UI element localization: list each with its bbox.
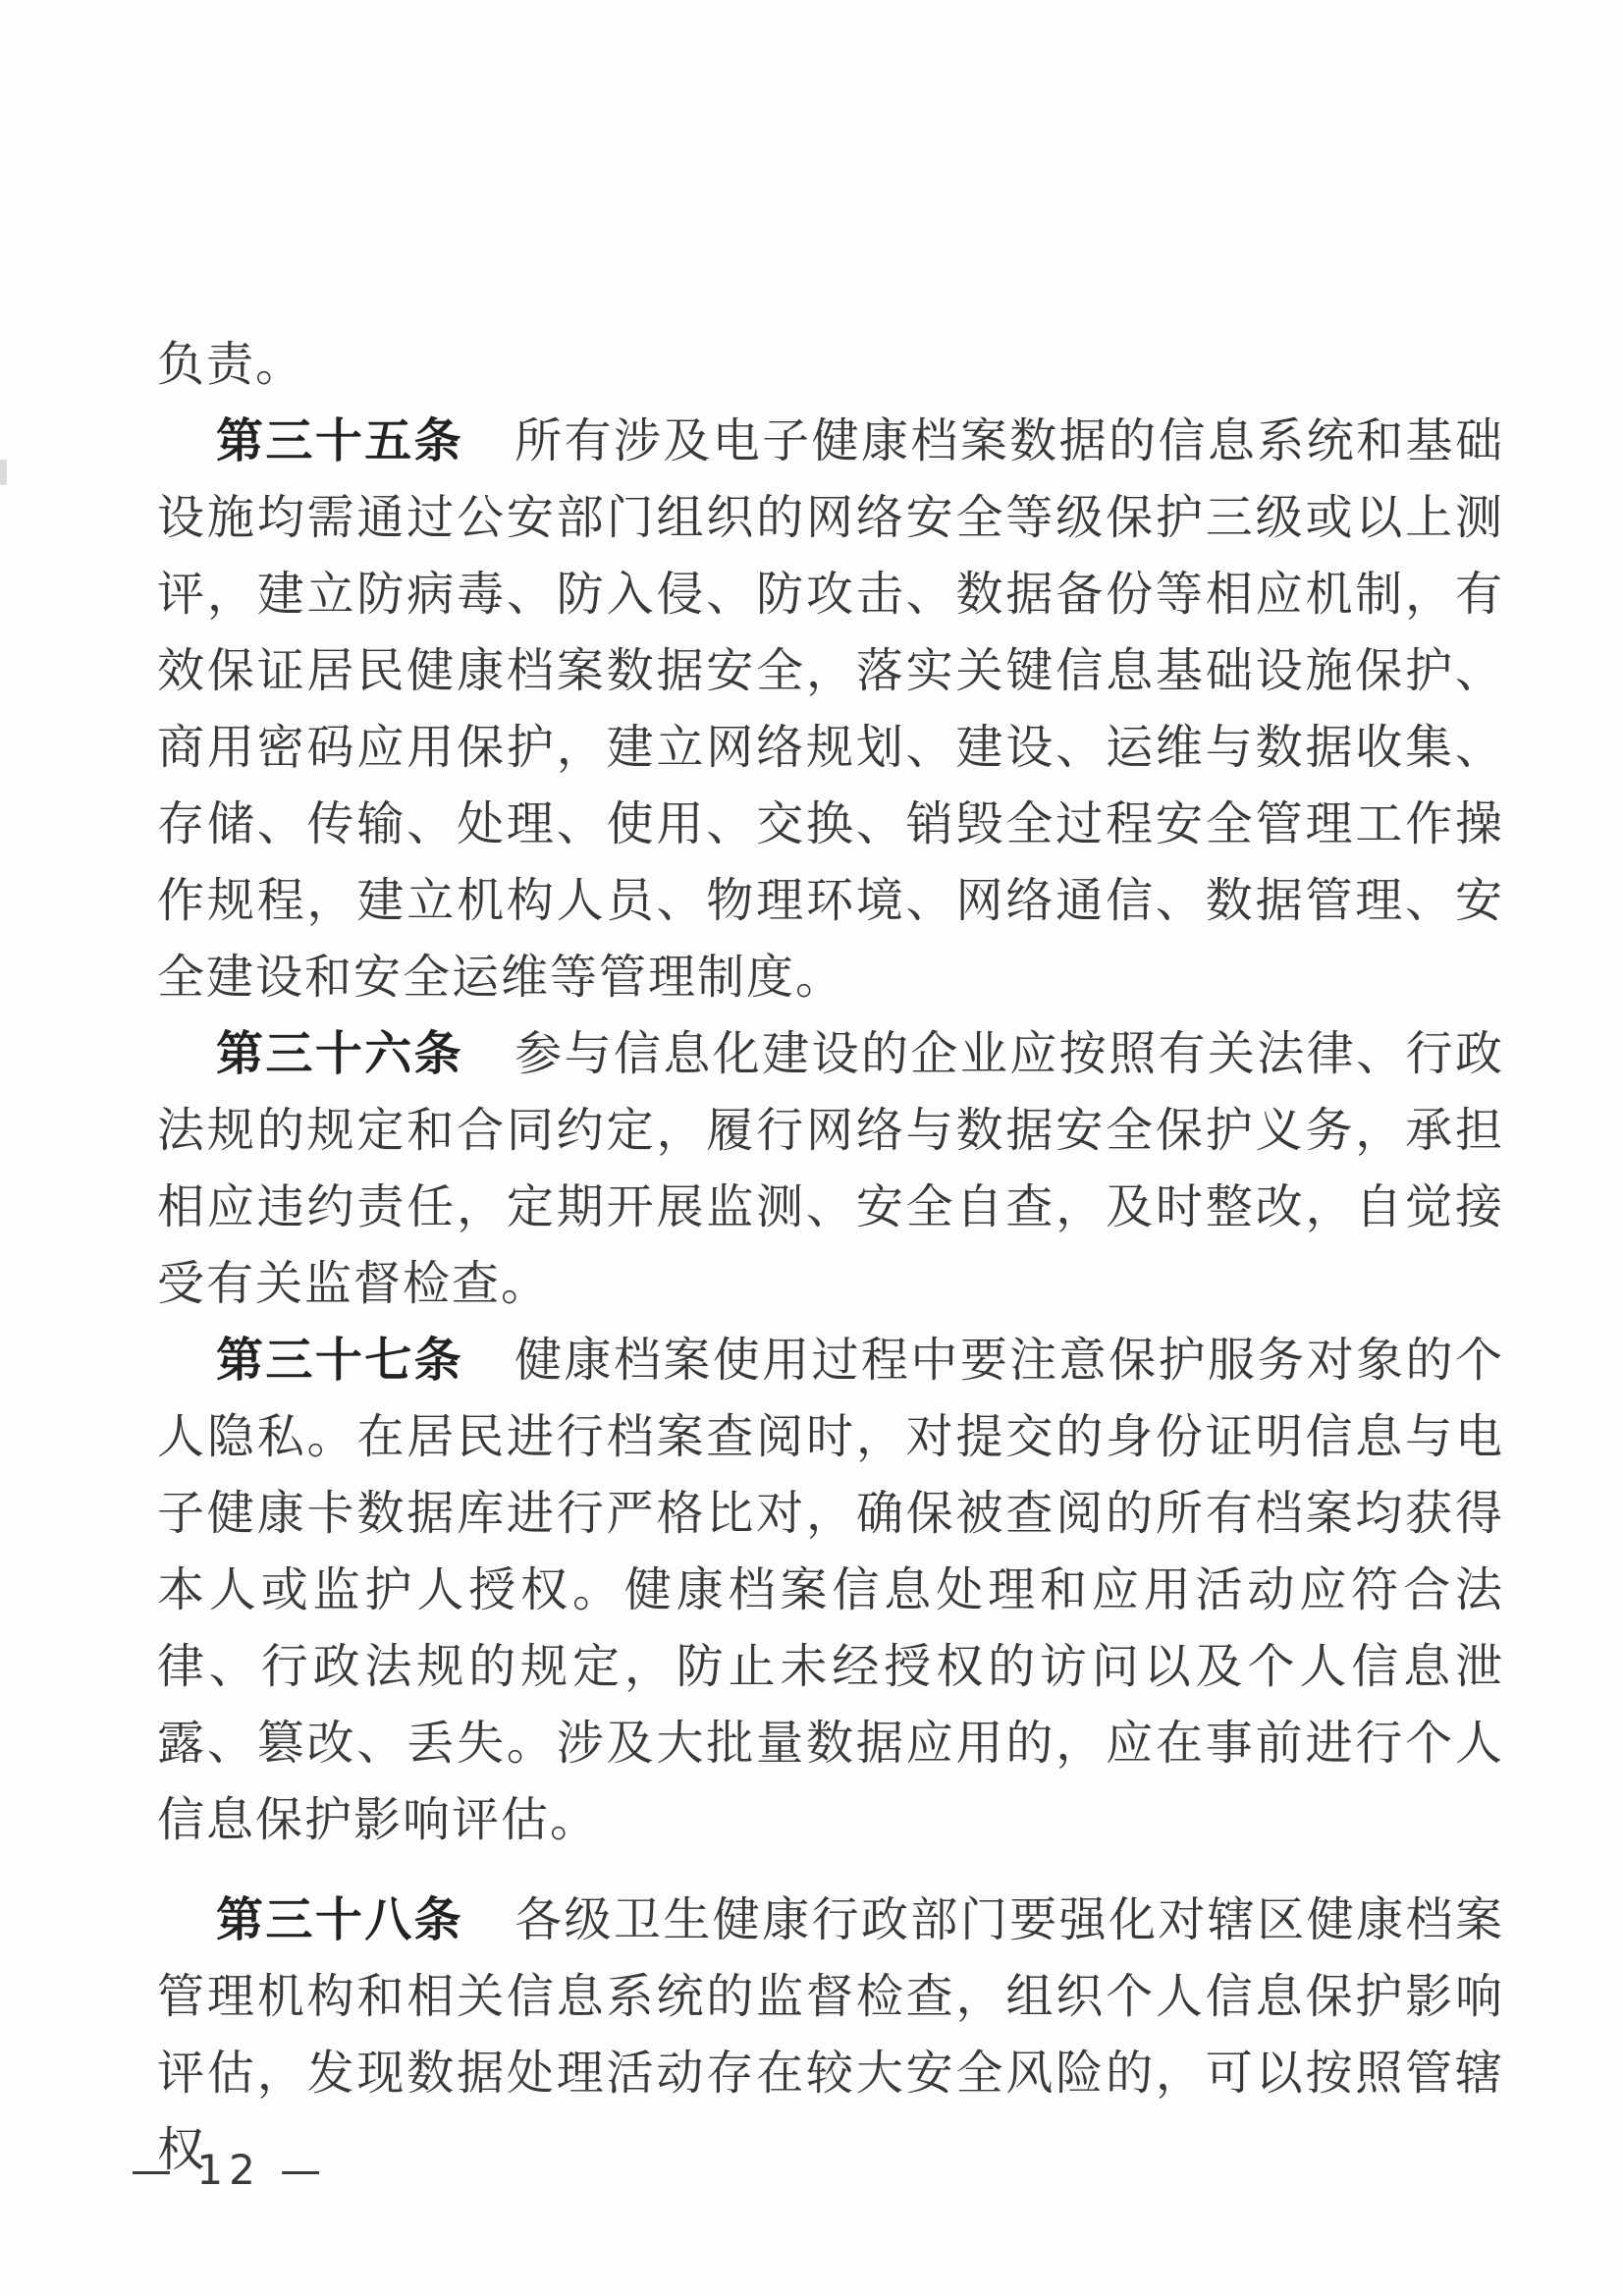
article-number: 第三十六条 — [216, 1026, 463, 1081]
article-paragraph: 第三十八条各级卫生健康行政部门要强化对辖区健康档案管理机构和相关信息系统的监督检… — [157, 1882, 1504, 2188]
scanned-document-page: 负责。第三十五条所有涉及电子健康档案数据的信息系统和基础设施均需通过公安部门组织… — [0, 0, 1623, 2296]
article-paragraph: 第三十七条健康档案使用过程中要注意保护服务对象的个人隐私。在居民进行档案查阅时，… — [157, 1322, 1504, 1858]
scan-edge-artifact — [0, 460, 7, 485]
article-paragraph: 第三十五条所有涉及电子健康档案数据的信息系统和基础设施均需通过公安部门组织的网络… — [157, 403, 1504, 1015]
article-number: 第三十五条 — [216, 413, 463, 468]
document-text: 负责。第三十五条所有涉及电子健康档案数据的信息系统和基础设施均需通过公安部门组织… — [157, 326, 1504, 2188]
article-paragraph: 第三十六条参与信息化建设的企业应按照有关法律、行政法规的规定和合同约定，履行网络… — [157, 1015, 1504, 1322]
page-number: — 12 — — [131, 2146, 327, 2194]
article-body-text: 负责。 — [157, 337, 304, 392]
article-body-text: 所有涉及电子健康档案数据的信息系统和基础设施均需通过公安部门组织的网络安全等级保… — [157, 413, 1504, 1005]
continuation-paragraph: 负责。 — [157, 326, 1504, 403]
article-number: 第三十八条 — [216, 1892, 463, 1947]
article-body-text: 健康档案使用过程中要注意保护服务对象的个人隐私。在居民进行档案查阅时，对提交的身… — [157, 1333, 1504, 1847]
article-number: 第三十七条 — [216, 1333, 463, 1388]
